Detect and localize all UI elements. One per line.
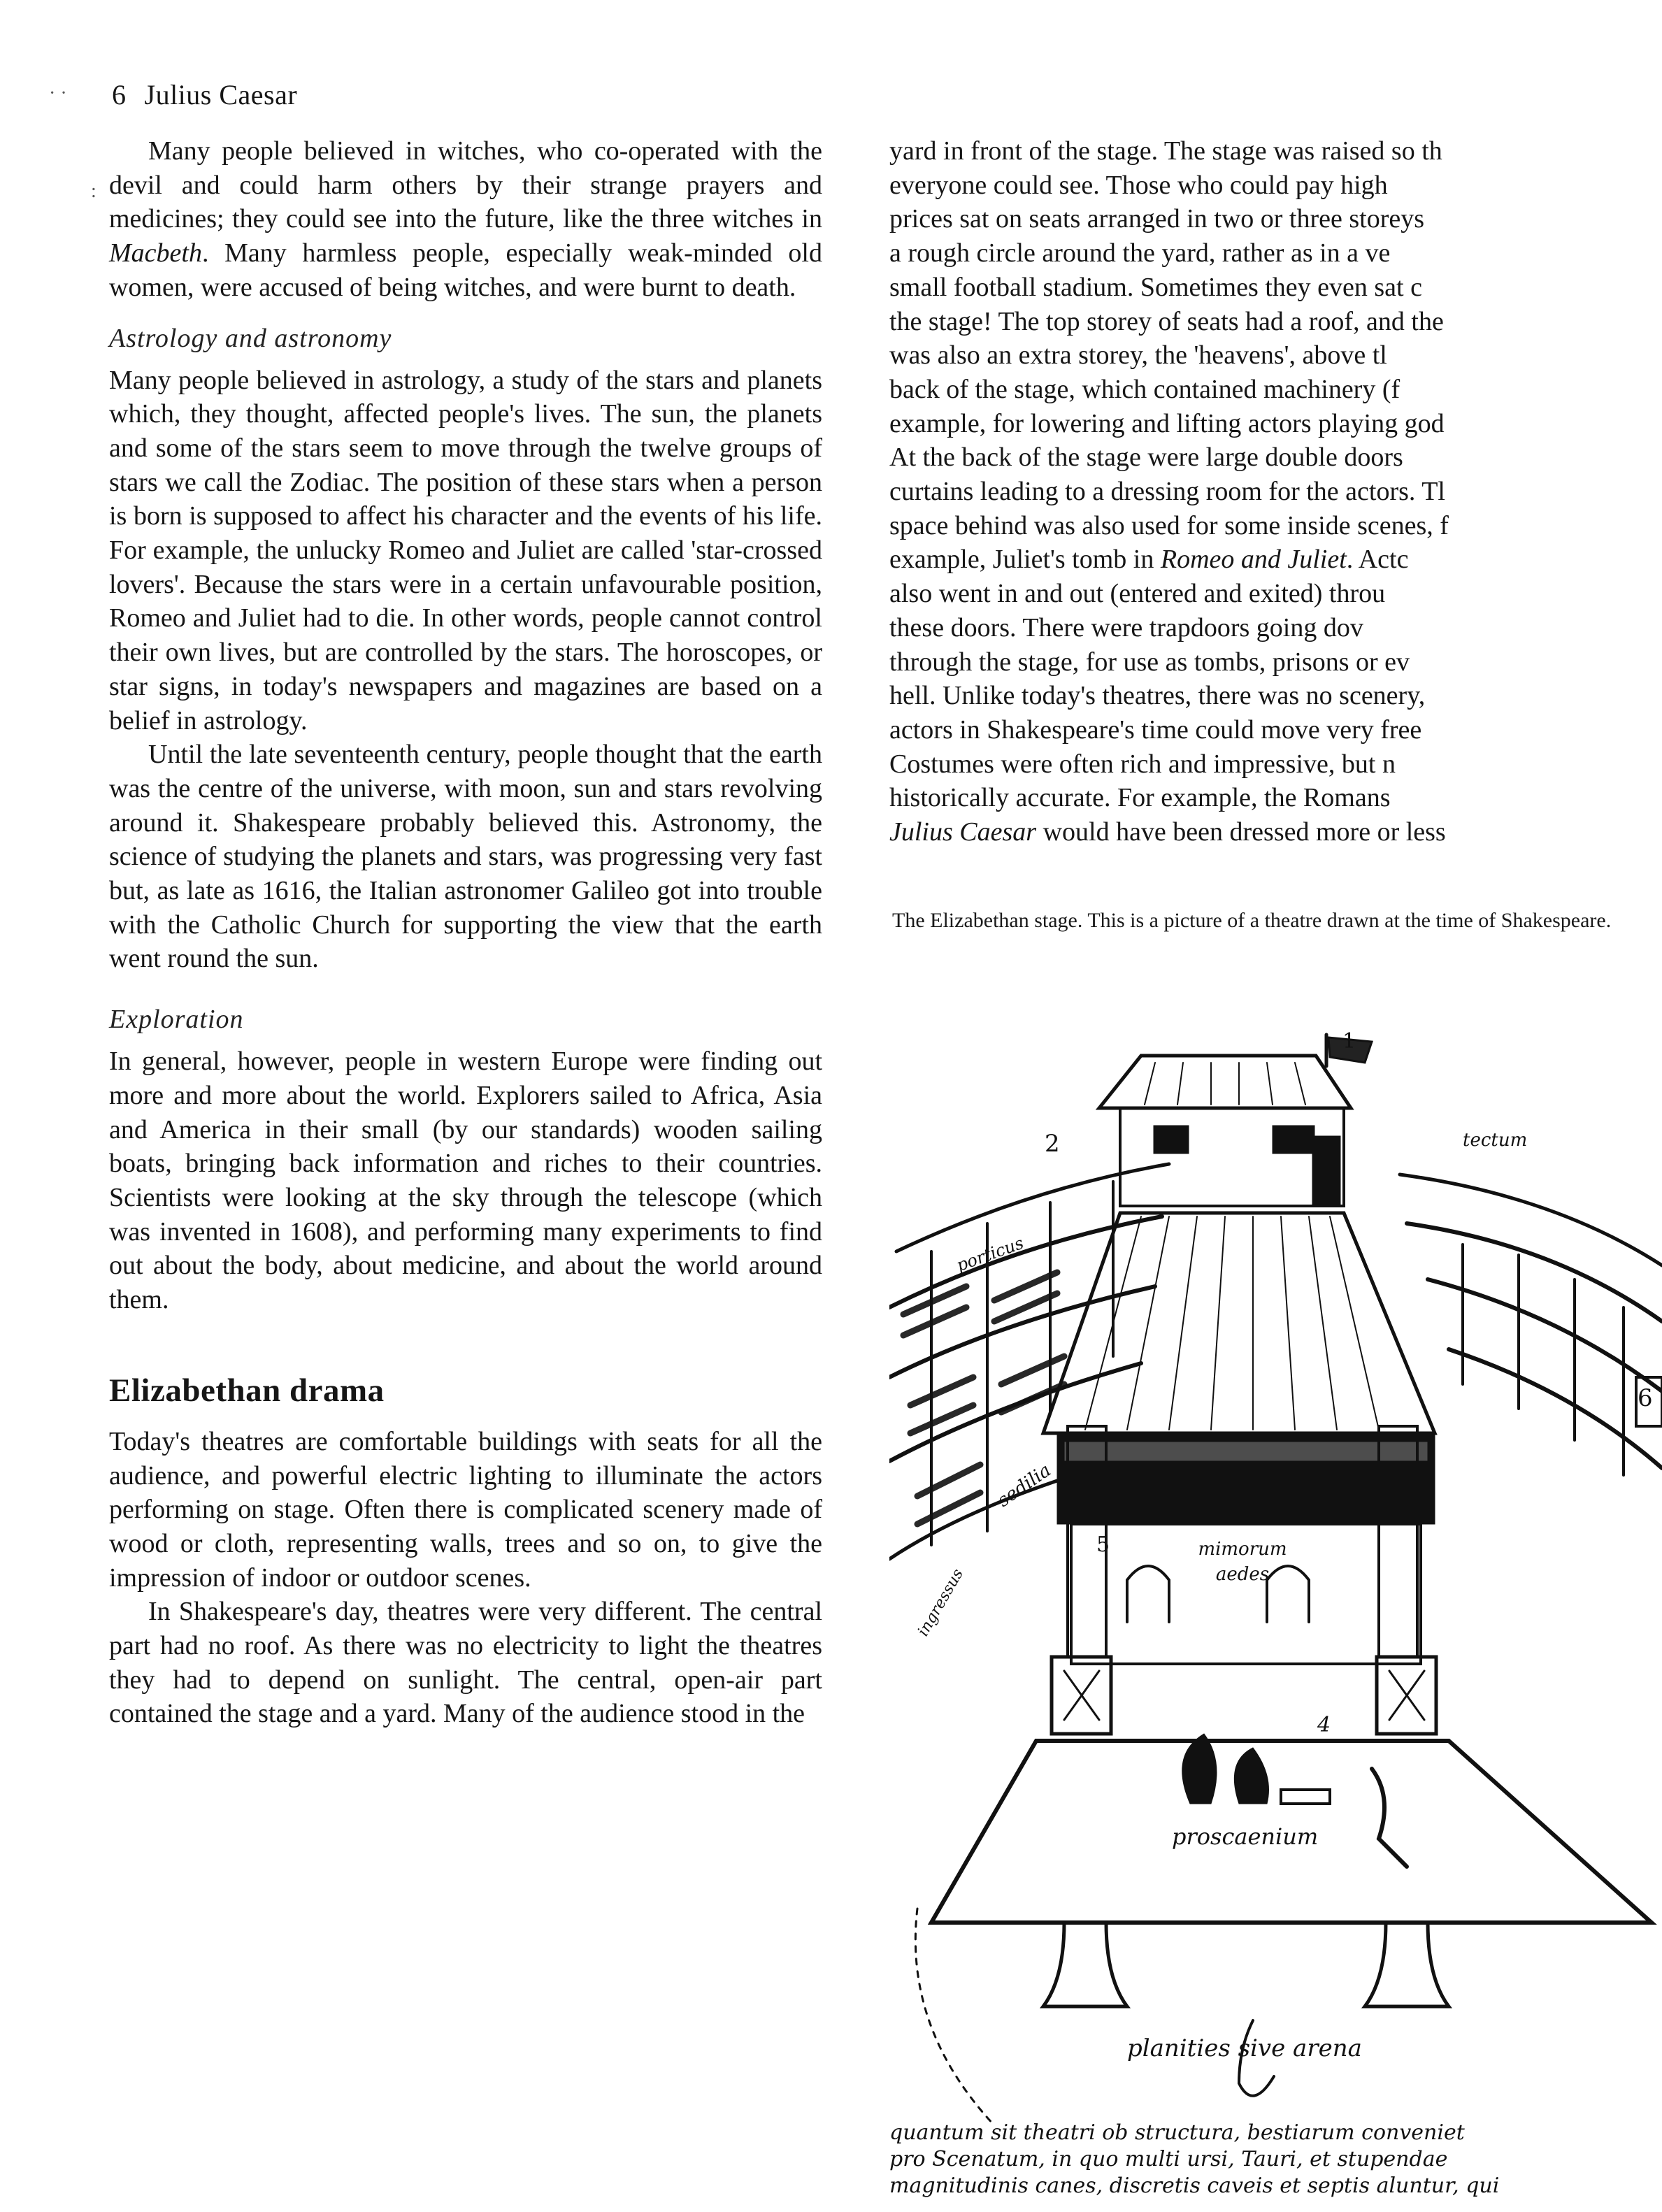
label-proscaenium: proscaenium [1172, 1823, 1318, 1850]
text-line: space behind was also used for some insi… [889, 509, 1662, 543]
exploration-paragraph: In general, however, people in western E… [109, 1044, 822, 1317]
scan-mark: · · [49, 82, 67, 105]
scan-mark: : [91, 180, 96, 203]
label-number: 4 [1317, 1713, 1331, 1737]
astrology-paragraph: Many people believed in astrology, a stu… [109, 364, 822, 738]
book-title: Julius Caesar [145, 79, 298, 110]
text-line: also went in and out (entered and exited… [889, 577, 1662, 611]
manuscript-line: pro Scenatum, in quo multi ursi, Tauri, … [889, 2146, 1662, 2173]
page-header: 6Julius Caesar [112, 78, 297, 111]
text-line: the stage! The top storey of seats had a… [889, 305, 1662, 339]
figure-caption: The Elizabethan stage. This is a picture… [892, 907, 1647, 934]
text-line: historically accurate. For example, the … [889, 781, 1662, 815]
text-line: example, for lowering and lifting actors… [889, 407, 1662, 441]
label-number: 2 [1045, 1130, 1060, 1158]
text-line: everyone could see. Those who could pay … [889, 168, 1662, 203]
text-line: through the stage, for use as tombs, pri… [889, 645, 1662, 680]
elizabethan-drama-heading: Elizabethan drama [109, 1372, 822, 1409]
text-line: actors in Shakespeare's time could move … [889, 713, 1662, 747]
label-mimorum-aedes: mimorum aedes [1190, 1537, 1295, 1587]
text-line: example, Juliet's tomb in Romeo and Juli… [889, 543, 1662, 577]
witches-paragraph: Many people believed in witches, who co-… [109, 134, 822, 305]
left-column: Many people believed in witches, who co-… [109, 134, 822, 1731]
manuscript-line: quantum sit theatri ob structura, bestia… [889, 2120, 1662, 2146]
text-line: Julius Caesar would have been dressed mo… [889, 815, 1662, 849]
astronomy-paragraph: Until the late seventeenth century, peop… [109, 738, 822, 976]
drama-paragraph-2: In Shakespeare's day, theatres were very… [109, 1595, 822, 1731]
text-line: small football stadium. Sometimes they e… [889, 271, 1662, 305]
text-line: these doors. There were trapdoors going … [889, 611, 1662, 645]
manuscript-line: magnitudinis canes, discretis caveis et … [889, 2173, 1662, 2199]
label-number: 6 [1638, 1384, 1653, 1412]
swan-theatre-illustration: 1 2 tectum porticus 6 sedilia ingressus … [889, 1014, 1662, 2160]
astrology-heading: Astrology and astronomy [109, 323, 822, 354]
text-line: hell. Unlike today's theatres, there was… [889, 679, 1662, 713]
theatre-sketch-icon [889, 1014, 1662, 2160]
label-tectum: tectum [1463, 1130, 1527, 1151]
text-line: back of the stage, which contained machi… [889, 373, 1662, 407]
label-planities: planities sive arena [1127, 2034, 1362, 2062]
text-line: was also an extra storey, the 'heavens',… [889, 338, 1662, 373]
text-line: yard in front of the stage. The stage wa… [889, 134, 1662, 168]
right-column: yard in front of the stage. The stage wa… [889, 134, 1662, 849]
exploration-heading: Exploration [109, 1004, 822, 1035]
label-number: 5 [1096, 1532, 1110, 1557]
page-number: 6 [112, 79, 127, 110]
manuscript-text: quantum sit theatri ob structura, bestia… [889, 2120, 1662, 2199]
text-line: Costumes were often rich and impressive,… [889, 747, 1662, 782]
drama-paragraph: Today's theatres are comfortable buildin… [109, 1425, 822, 1595]
text-line: a rough circle around the yard, rather a… [889, 236, 1662, 271]
text-line: At the back of the stage were large doub… [889, 440, 1662, 475]
label-number: 1 [1342, 1029, 1356, 1054]
text-line: prices sat on seats arranged in two or t… [889, 202, 1662, 236]
text-line: curtains leading to a dressing room for … [889, 475, 1662, 509]
